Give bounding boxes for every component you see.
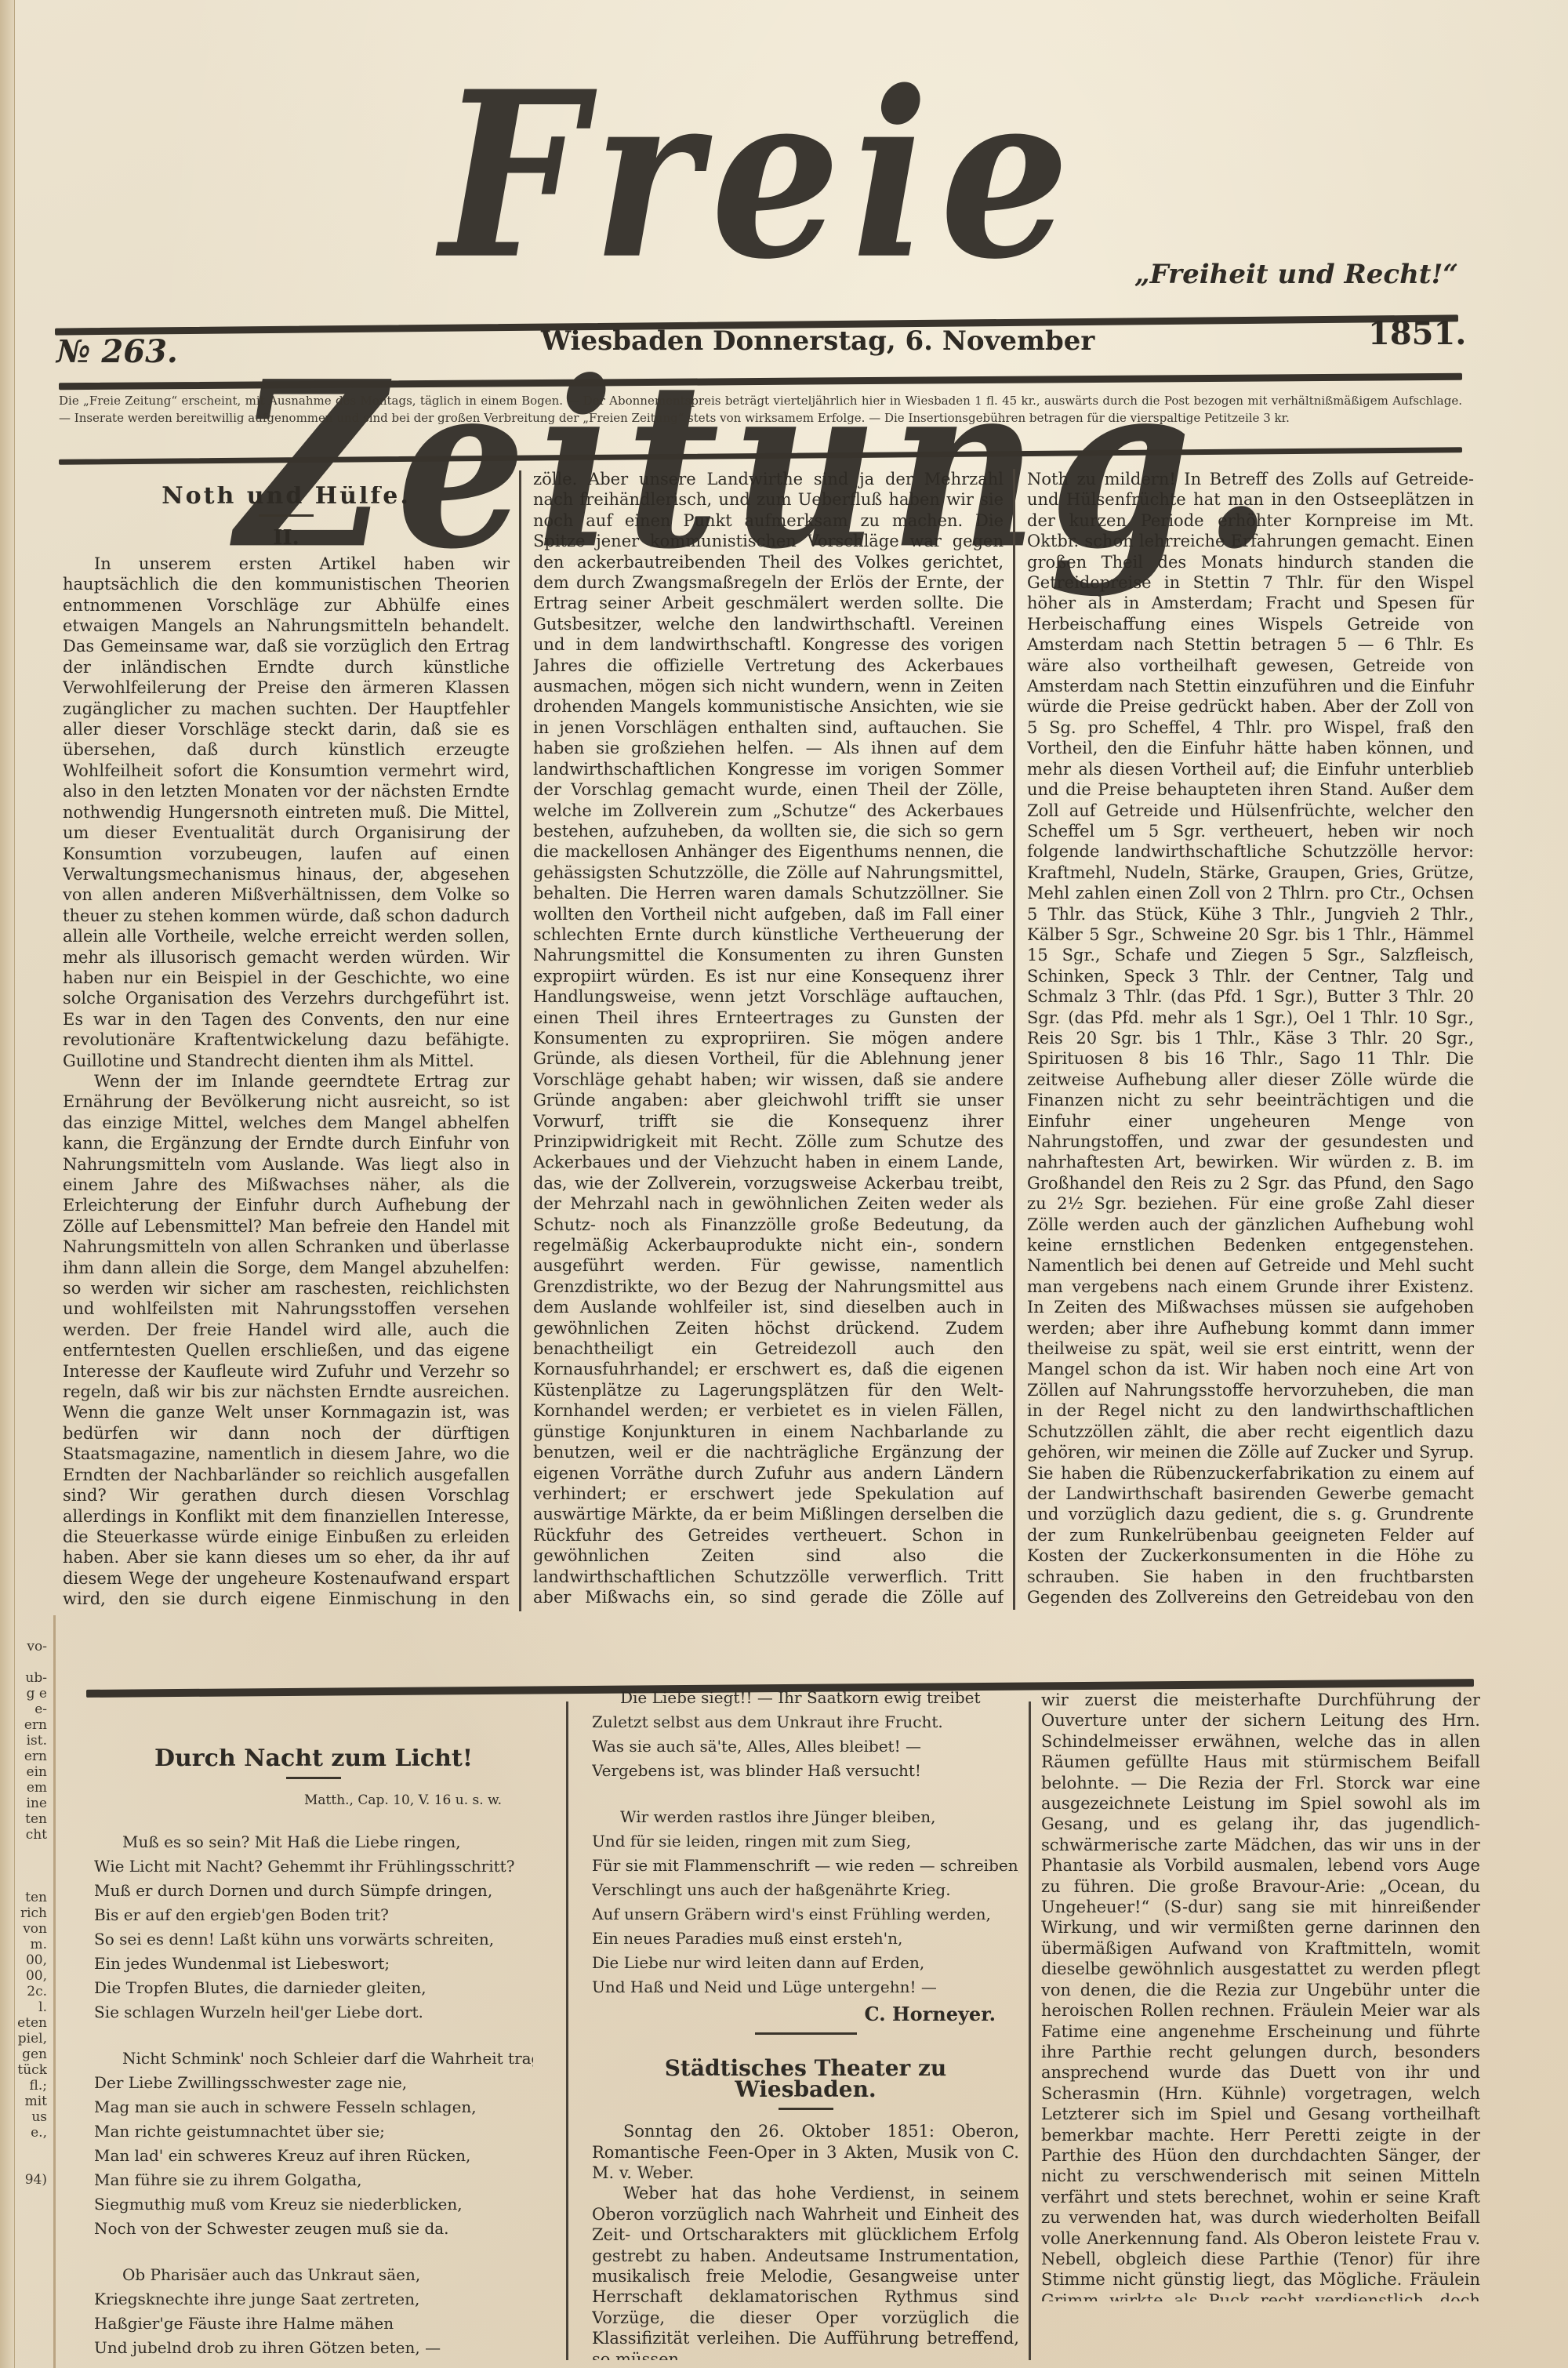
poem-line: Noch von der Schwester zeugen muß sie da… — [94, 2217, 533, 2241]
poem-line: Ein neues Paradies muß einst ersteh'n, — [592, 1927, 1019, 1951]
place-and-date: Wiesbaden Donnerstag, 6. November — [541, 325, 1094, 357]
poem-stanza-3: Ob Pharisäer auch das Unkraut säen,Krieg… — [94, 2263, 533, 2360]
fragment-line: mit — [0, 2094, 47, 2109]
lead-article-column-3: Noth zu mildern! In Betreff des Zolls au… — [1027, 469, 1474, 1606]
poem-line: Vergebens ist, was blinder Haß versucht! — [592, 1759, 1019, 1783]
fragment-line — [0, 1874, 47, 1890]
fragment-line: em — [0, 1780, 47, 1796]
theater-paragraph: Weber hat das hohe Verdienst, in seinem … — [592, 2183, 1019, 2360]
poem-line: So sei es denn! Laßt kühn uns vorwärts s… — [94, 1927, 533, 1952]
title-divider — [286, 1777, 341, 1779]
fragment-line: 00, — [0, 1952, 47, 1968]
fragment-line: piel, — [0, 2031, 47, 2047]
fragment-line: ub- — [0, 1670, 47, 1686]
poem-line: Ein jedes Wundenmal ist Liebeswort; — [94, 1952, 533, 1976]
poem-line: Man richte geistumnachtet über sie; — [94, 2119, 533, 2144]
title-divider — [779, 2108, 833, 2110]
issue-number: № 263. — [56, 333, 178, 370]
fragment-line: gen — [0, 2047, 47, 2062]
poem-stanza-1: Muß es so sein? Mit Haß die Liebe ringen… — [94, 1830, 533, 2025]
fragment-line: tück — [0, 2062, 47, 2078]
lead-article-column-2: zölle. Aber unsere Landwirthe sind ja de… — [533, 469, 1004, 1606]
fragment-line: l. — [0, 1999, 47, 2015]
feuilleton-column-1: Durch Nacht zum Licht! Matth., Cap. 10, … — [94, 1749, 533, 2360]
fragment-line: e., — [0, 2125, 47, 2141]
poem-line: Muß er durch Dornen und durch Sümpfe dri… — [94, 1879, 533, 1903]
issue-year: 1851. — [1368, 315, 1466, 352]
article-paragraph: zölle. Aber unsere Landwirthe sind ja de… — [533, 469, 1004, 1606]
poem-line: Die Tropfen Blutes, die darnieder gleite… — [94, 1976, 533, 2000]
poem-scripture-reference: Matth., Cap. 10, V. 16 u. s. w. — [94, 1790, 502, 1811]
feuilleton-column-2: Die Liebe siegt!! — Ihr Saatkorn ewig tr… — [592, 1686, 1019, 2360]
lead-article-part: II. — [63, 528, 510, 548]
theater-paragraph: wir zuerst die meisterhafte Durchführung… — [1041, 1690, 1480, 2301]
poem-line: Wir werden rastlos ihre Jünger bleiben, — [592, 1805, 1019, 1829]
poem-line: Ob Pharisäer auch das Unkraut säen, — [94, 2263, 533, 2287]
column-divider — [1013, 469, 1015, 1610]
poem-line: Verschlingt uns auch der haßgenährte Kri… — [592, 1878, 1019, 1902]
poem-line: Und Haß und Neid und Lüge untergehn! — — [592, 1975, 1019, 1999]
poem-line: Der Liebe Zwillingsschwester zage nie, — [94, 2071, 533, 2095]
fragment-line: e- — [0, 1702, 47, 1717]
newspaper-motto: „Freiheit und Recht!“ — [1082, 259, 1458, 290]
poem-line: Mag man sie auch in schwere Fesseln schl… — [94, 2095, 533, 2119]
column-divider — [519, 470, 521, 1611]
poem-stanza-4: Die Liebe siegt!! — Ihr Saatkorn ewig tr… — [592, 1686, 1019, 1783]
poem-stanza-5: Wir werden rastlos ihre Jünger bleiben,U… — [592, 1805, 1019, 1999]
poem-line: Nicht Schmink' noch Schleier darf die Wa… — [94, 2047, 533, 2071]
poem-line: Auf unsern Gräbern wird's einst Frühling… — [592, 1902, 1019, 1927]
fragment-line: rich — [0, 1905, 47, 1921]
fragment-line — [0, 1843, 47, 1858]
fragment-line — [0, 1654, 47, 1670]
poem-line: Kriegsknechte ihre junge Saat zertreten, — [94, 2287, 533, 2312]
poem-line: Man lad' ein schweres Kreuz auf ihren Rü… — [94, 2144, 533, 2168]
poem-title: Durch Nacht zum Licht! — [94, 1749, 533, 1769]
poem-line: Wie Licht mit Nacht? Gehemmt ihr Frühlin… — [94, 1854, 533, 1879]
fragment-line: g e — [0, 1686, 47, 1702]
adjacent-page-fragment: vo- ub-g ee-ernist.erneineminetencht ten… — [0, 1639, 47, 2329]
fragment-line: ern — [0, 1749, 47, 1764]
feuilleton-column-3: wir zuerst die meisterhafte Durchführung… — [1041, 1690, 1480, 2301]
poem-line: Bis er auf den ergieb'gen Boden trit? — [94, 1903, 533, 1927]
fragment-line: fl.; — [0, 2078, 47, 2094]
fragment-line: ein — [0, 1764, 47, 1780]
theater-paragraph: Sonntag den 26. Oktober 1851: Oberon, Ro… — [592, 2121, 1019, 2183]
fragment-line: us — [0, 2109, 47, 2125]
fragment-line: 94) — [0, 2172, 47, 2188]
article-paragraph: Noth zu mildern! In Betreff des Zolls au… — [1027, 469, 1474, 1606]
poem-line: Für sie mit Flammenschrift — wie reden —… — [592, 1854, 1019, 1878]
fragment-line — [0, 2156, 47, 2172]
poem-line: Die Liebe nur wird leiten dann auf Erden… — [592, 1951, 1019, 1975]
fragment-line — [0, 2141, 47, 2156]
poem-line: Haßgier'ge Fäuste ihre Halme mähen — [94, 2312, 533, 2336]
fragment-line: 00, — [0, 1968, 47, 1984]
fragment-line: ist. — [0, 1733, 47, 1749]
theater-review-title: Städtisches Theater zu Wiesbaden. — [592, 2058, 1019, 2100]
poem-line: Die Liebe siegt!! — Ihr Saatkorn ewig tr… — [592, 1686, 1019, 1710]
poem-line: Muß es so sein? Mit Haß die Liebe ringen… — [94, 1830, 533, 1854]
fragment-line: von — [0, 1921, 47, 1937]
page-fold-line — [53, 1615, 56, 2368]
poem-author: C. Horneyer. — [592, 2004, 996, 2025]
fragment-line: cht — [0, 1827, 47, 1843]
article-paragraph: In unserem ersten Artikel haben wir haup… — [63, 554, 510, 1071]
fragment-line: ine — [0, 1796, 47, 1811]
lead-article-column-1: Noth und Hülfe. II. In unserem ersten Ar… — [63, 486, 510, 1607]
fragment-line: ten — [0, 1811, 47, 1827]
poem-line: Was sie auch sä'te, Alles, Alles bleibet… — [592, 1734, 1019, 1759]
fragment-line: 2c. — [0, 1984, 47, 1999]
poem-stanza-2: Nicht Schmink' noch Schleier darf die Wa… — [94, 2047, 533, 2241]
fragment-line: ern — [0, 1717, 47, 1733]
poem-line: Siegmuthig muß vom Kreuz sie niederblick… — [94, 2192, 533, 2217]
subscription-notice: Die „Freie Zeitung“ erscheint, mit Ausna… — [59, 392, 1462, 427]
poem-line: Sie schlagen Wurzeln heil'ger Liebe dort… — [94, 2000, 533, 2025]
fragment-line: vo- — [0, 1639, 47, 1654]
title-divider — [259, 514, 314, 517]
fragment-line — [0, 1858, 47, 1874]
lead-article-title: Noth und Hülfe. — [63, 486, 510, 507]
poem-line: Und für sie leiden, ringen mit zum Sieg, — [592, 1829, 1019, 1854]
poem-line: Zuletzt selbst aus dem Unkraut ihre Fruc… — [592, 1710, 1019, 1734]
fragment-line: eten — [0, 2015, 47, 2031]
poem-line: Und jubelnd drob zu ihren Götzen beten, … — [94, 2336, 533, 2360]
fragment-line: ten — [0, 1890, 47, 1905]
poem-line: Man führe sie zu ihrem Golgatha, — [94, 2168, 533, 2192]
fragment-line: m. — [0, 1937, 47, 1952]
section-divider — [755, 2032, 857, 2035]
article-paragraph: Wenn der im Inlande geerndtete Ertrag zu… — [63, 1071, 510, 1607]
column-divider — [1029, 1702, 1031, 2360]
column-divider — [566, 1702, 568, 2360]
